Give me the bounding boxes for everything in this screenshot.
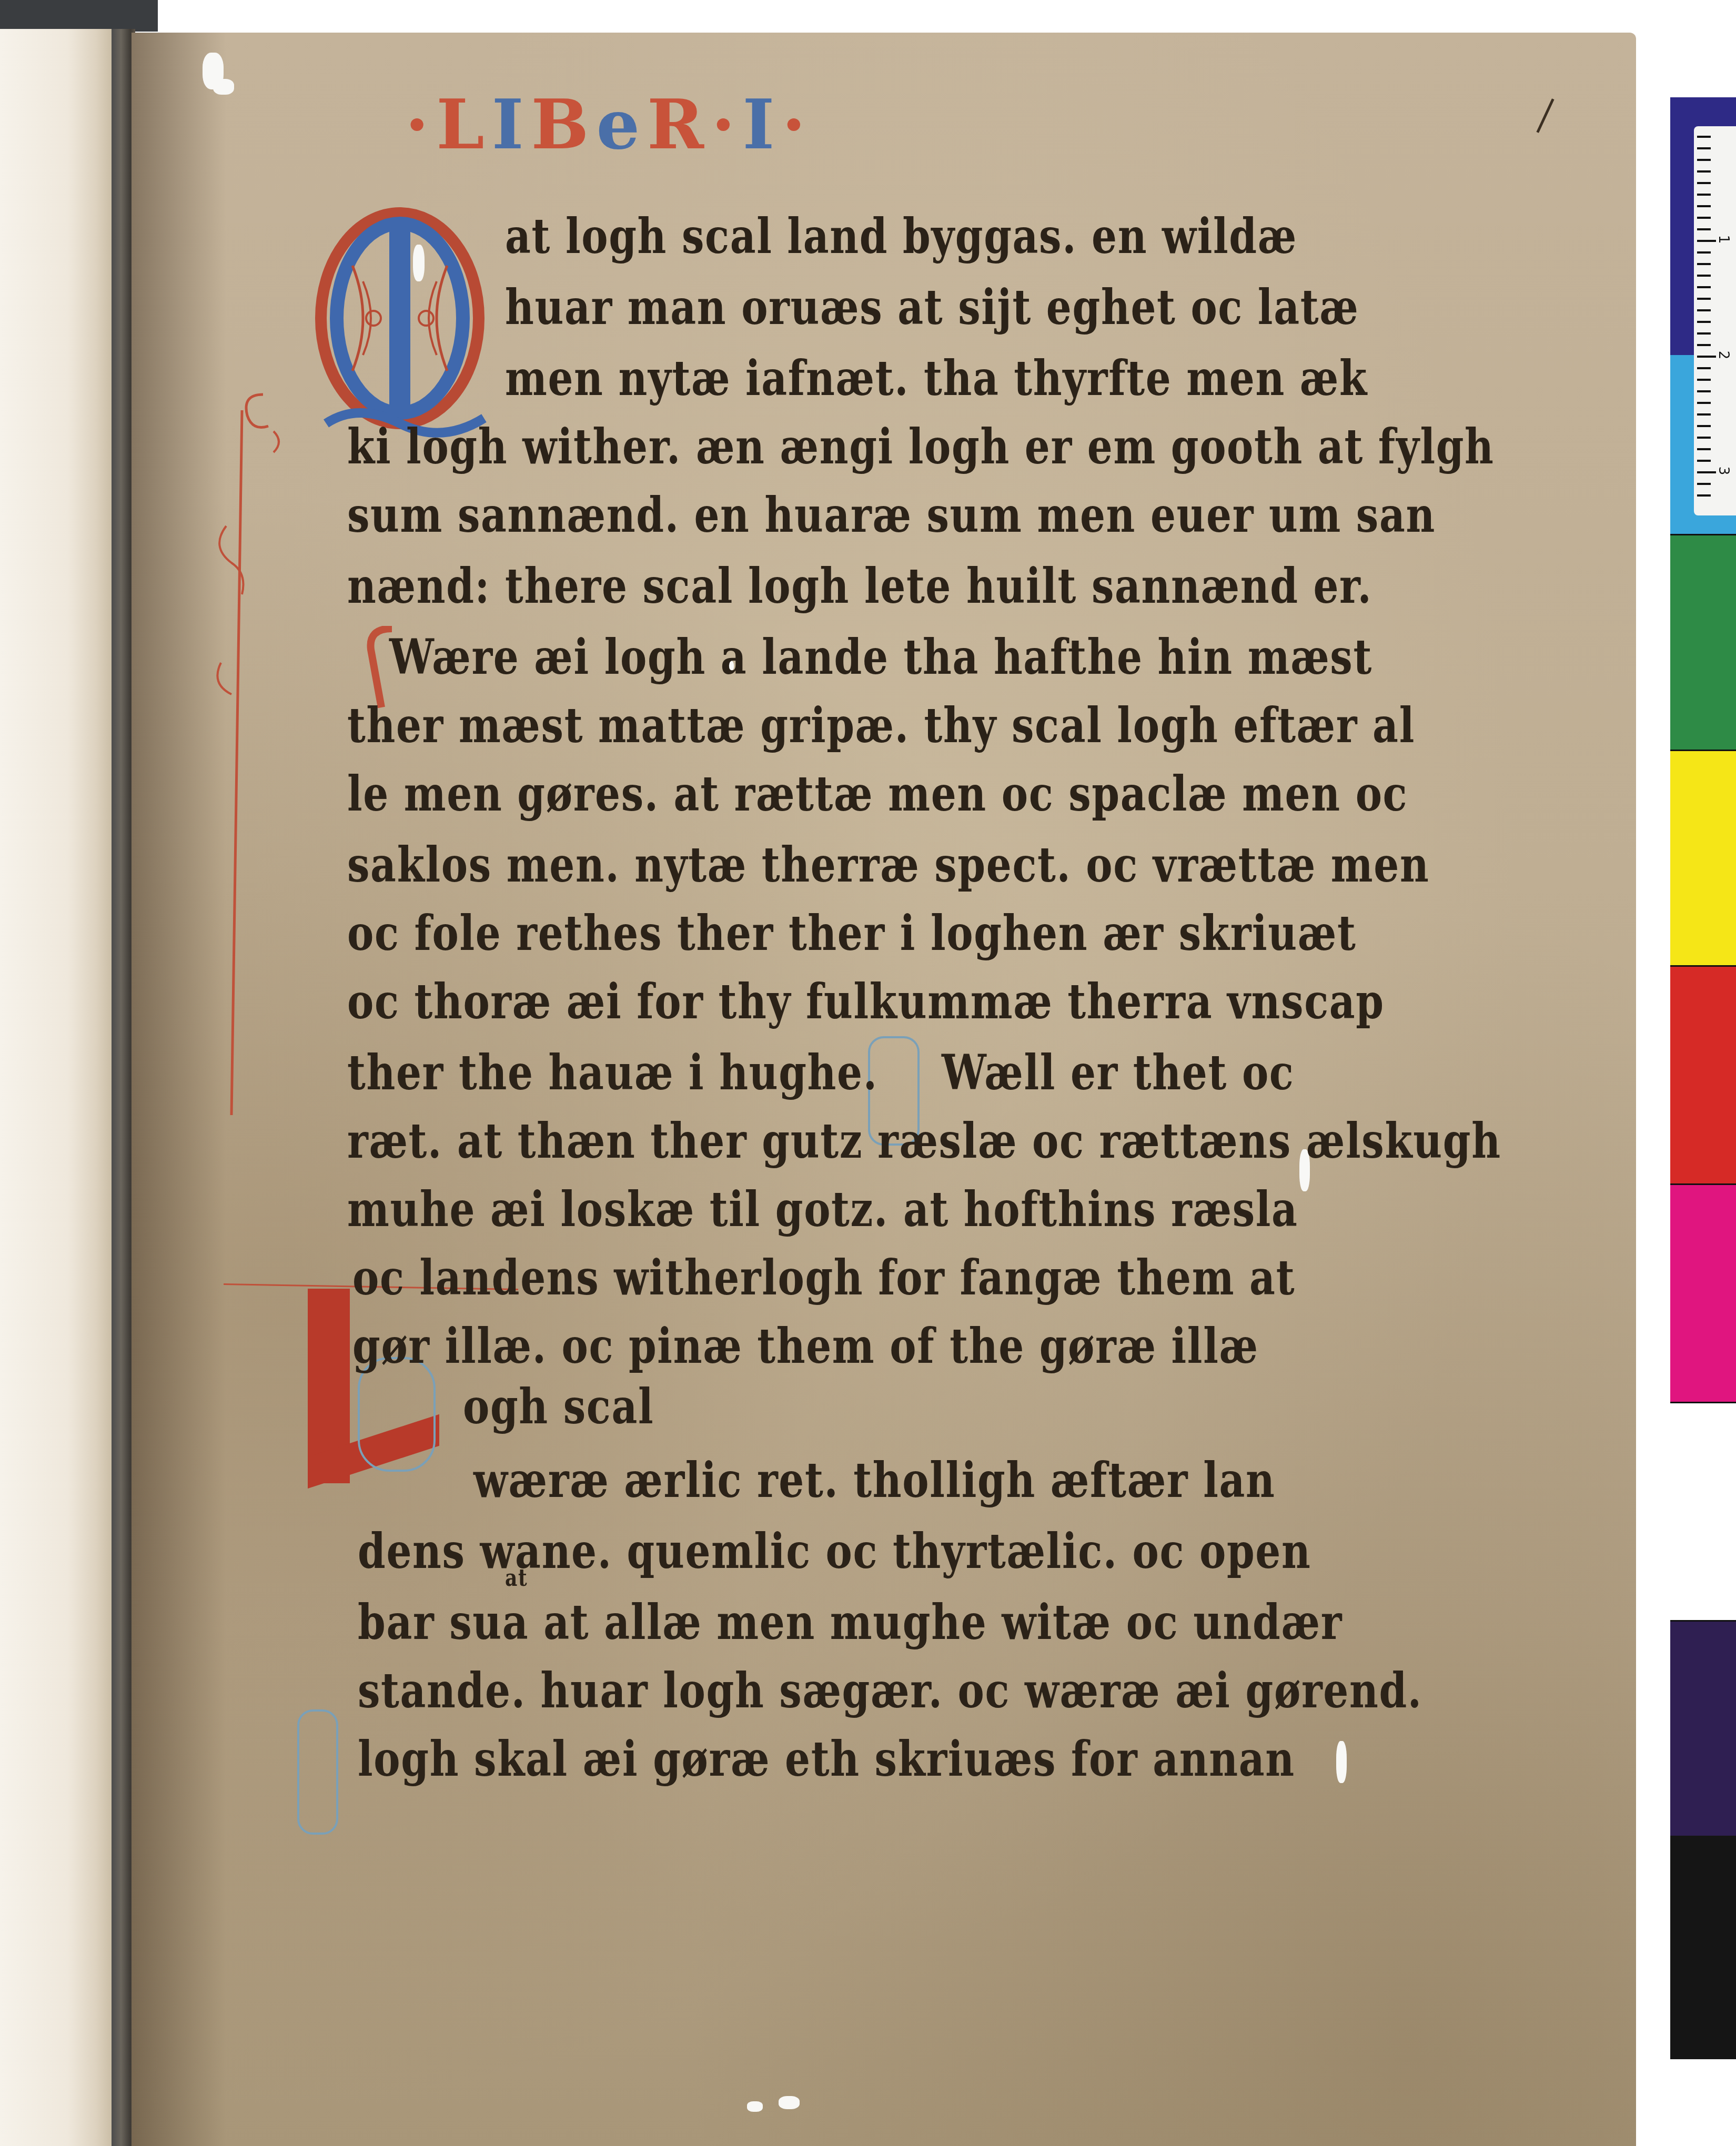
decorated-initial [295, 203, 516, 444]
flyleaf [0, 29, 114, 2146]
ruler-tick [1697, 471, 1716, 473]
ruler-tick [1697, 344, 1711, 346]
ruler-tick [1697, 217, 1711, 219]
parchment-hole [779, 2096, 800, 2109]
text-line: saklos men. nytæ therræ spect. oc vrættæ… [347, 836, 1429, 893]
ruler-tick [1697, 425, 1711, 427]
heading-part: · [782, 84, 813, 165]
text-line: huar man oruæs at sijt eghet oc latæ [505, 279, 1359, 336]
text-line: logh skal æi gøræ eth skriuæs for annan [358, 1730, 1295, 1787]
ruler-tick [1697, 332, 1711, 335]
text-line: gør illæ. oc pinæ them of the gøræ illæ [352, 1318, 1259, 1374]
text-line: bar sua at allæ men mughe witæ oc undær [358, 1594, 1343, 1651]
ruler-tick [1697, 240, 1716, 242]
ruler-tick [1697, 159, 1711, 161]
text-line: ogh scal [463, 1378, 654, 1435]
heading-part: I [492, 84, 531, 165]
initial-m-icon [295, 203, 516, 444]
ruler-tick [1697, 170, 1711, 173]
ruler-label: 2 [1715, 351, 1731, 360]
ruler-tick [1697, 483, 1711, 485]
text-line: at logh scal land byggas. en wildæ [505, 208, 1297, 265]
color-swatch-purple [1670, 1620, 1736, 1837]
heading-part: R· [647, 84, 742, 165]
heading-part: ·L [405, 84, 492, 165]
text-line: men nytæ iafnæt. tha thyrfte men æk [505, 350, 1368, 407]
color-swatch-magenta [1670, 1183, 1736, 1403]
ruler-tick [1697, 194, 1711, 196]
ruler-tick [1697, 437, 1711, 439]
color-swatch-green [1670, 534, 1736, 751]
text-line: ki logh wither. æn ængi logh er em gooth… [347, 418, 1495, 475]
ruler-label: 1 [1715, 235, 1731, 244]
ruler-tick [1697, 251, 1711, 254]
text-line: oc fole rethes ther ther i loghen ær skr… [347, 905, 1357, 961]
color-swatch-red [1670, 965, 1736, 1185]
ruler-tick [1697, 136, 1711, 138]
margin-flourish-icon [200, 389, 326, 1126]
color-swatch-yellow [1670, 750, 1736, 967]
ruler-tick [1697, 494, 1711, 497]
ruler-label: 3 [1715, 467, 1731, 475]
ruler-tick [1697, 182, 1711, 184]
parchment-hole [1336, 1741, 1347, 1783]
text-line: oc thoræ æi for thy fulkummæ therra vnsc… [347, 973, 1385, 1030]
text-line: Wæll er thet oc [942, 1044, 1294, 1101]
parchment-hole [747, 2101, 763, 2112]
text-line: le men gøres. at rættæ men oc spaclæ men… [347, 765, 1408, 822]
ruler-tick [1697, 367, 1711, 369]
text-line: sum sannænd. en huaræ sum men euer um sa… [347, 487, 1436, 543]
book-heading: ·LIBeR·I· [405, 84, 813, 165]
text-line: oc landens witherlogh for fangæ them at [352, 1249, 1295, 1306]
ruler-tick [1697, 286, 1711, 288]
text-line: nænd: there scal logh lete huilt sannænd… [347, 558, 1372, 614]
ruler-tick [1697, 413, 1711, 416]
text-line: Wære æi logh a lande tha hafthe hin mæst [389, 629, 1372, 685]
ruler-tick [1697, 448, 1711, 450]
text-line: dens wane. quemlic oc thyrtælic. oc open [358, 1523, 1311, 1580]
scanner-background-dark [0, 0, 158, 32]
interlinear-note: at [505, 1565, 528, 1592]
heading-part: e [596, 84, 647, 165]
ruler-tick [1697, 147, 1711, 149]
text-line: wæræ ærlic ret. tholligh æftær lan [473, 1452, 1275, 1509]
text-line: ræt. at thæn ther gutz ræslæ oc rættæns … [347, 1112, 1501, 1169]
heading-part: I [742, 84, 782, 165]
measuring-ruler: 1 2 3 [1694, 126, 1736, 515]
ruler-tick [1697, 356, 1716, 358]
text-line: ther the hauæ i hughe. [347, 1044, 878, 1101]
text-line: muhe æi loskæ til gotz. at hofthins ræsl… [347, 1181, 1298, 1238]
ruler-tick [1697, 402, 1711, 404]
ruler-tick [1697, 263, 1711, 265]
color-swatch-black [1670, 1836, 1736, 2059]
color-swatch-white [1670, 1402, 1736, 1622]
text-line: ther mæst mattæ gripæ. thy scal logh eft… [347, 697, 1415, 754]
ruler-tick [1697, 228, 1711, 230]
ruler-tick [1697, 460, 1711, 462]
parchment-hole [213, 79, 234, 95]
text-line: stande. huar logh sægær. oc wæræ æi gøre… [358, 1662, 1422, 1719]
initial-t-outline [297, 1709, 338, 1835]
ruler-tick [1697, 275, 1711, 277]
scanner-background [158, 0, 1736, 32]
ruler-tick [1697, 309, 1711, 311]
ruler-tick [1697, 298, 1711, 300]
heading-part: B [531, 84, 596, 165]
ruler-tick [1697, 390, 1711, 392]
ruler-tick [1697, 321, 1711, 323]
ruler-tick [1697, 379, 1711, 381]
ruler-tick [1697, 205, 1711, 207]
